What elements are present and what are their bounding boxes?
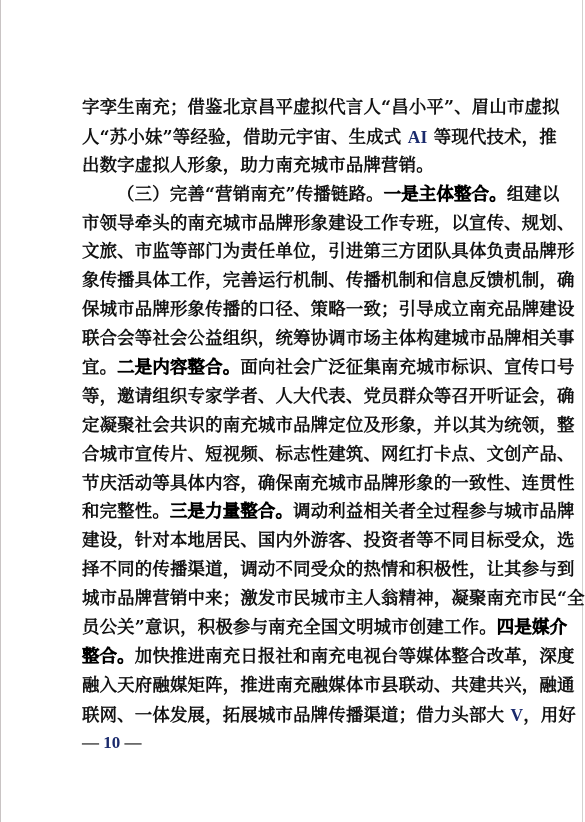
text-run: （三）完善“营销南充”传播链路。 xyxy=(117,185,384,205)
text-line: 象传播具体工作，完善运行机制、传播机制和信息反馈机制，确 xyxy=(82,267,504,296)
page-number-prefix: — xyxy=(82,733,103,752)
text-line: （三）完善“营销南充”传播链路。一是主体整合。组建以 xyxy=(82,181,504,210)
text-run: 加快推进南充日报社和南充电视台等媒体整合改革，深度 xyxy=(135,647,575,667)
text-run: 节庆活动等具体内容，确保南充城市品牌形象的一致性、连贯性 xyxy=(82,474,575,494)
text-run: 融入天府融媒矩阵，推进南充融媒体市县联动、共建共兴，融通 xyxy=(82,676,575,696)
bold-heading-run: 一是主体整合。 xyxy=(384,185,507,205)
text-run: 调动利益相关者全过程参与城市品牌 xyxy=(293,502,574,522)
text-line: 择不同的传播渠道，调动不同受众的热情和积极性，让其参与到 xyxy=(82,556,504,585)
text-run: 字孪生南充；借鉴北京昌平虚拟代言人“昌小平”、眉山市虚拟 xyxy=(82,98,560,118)
text-line: 城市品牌营销中来；激发市民城市主人翁精神，凝聚南充市民“全 xyxy=(82,585,504,614)
text-line: 融入天府融媒矩阵，推进南充融媒体市县联动、共建共兴，融通 xyxy=(82,672,504,701)
bold-heading-run: 二是内容整合。 xyxy=(117,358,240,378)
text-line: 宜。二是内容整合。面向社会广泛征集南充城市标识、宣传口号 xyxy=(82,354,504,383)
text-line: 和完整性。三是力量整合。调动利益相关者全过程参与城市品牌 xyxy=(82,498,504,527)
text-run: 组建以 xyxy=(507,185,560,205)
text-run: 等，邀请组织专家学者、人大代表、党员群众等召开听证会，确 xyxy=(82,387,575,407)
text-run: 出数字虚拟人形象，助力南充城市品牌营销。 xyxy=(82,156,434,176)
document-page: 字孪生南充；借鉴北京昌平虚拟代言人“昌小平”、眉山市虚拟人“苏小妹”等经验，借助… xyxy=(0,0,583,822)
page-number-suffix: — xyxy=(120,733,141,752)
text-run: 宜。 xyxy=(82,358,117,378)
text-run: 员公关”意识，积极参与南充全国文明城市创建工作。 xyxy=(82,618,497,638)
text-line: 市领导牵头的南充城市品牌形象建设工作专班，以宣传、规划、 xyxy=(82,210,504,239)
text-run: V xyxy=(510,705,523,725)
text-line: 联网、一体发展，拓展城市品牌传播渠道；借力头部大 V，用好 xyxy=(82,701,504,730)
text-run: 城市品牌营销中来；激发市民城市主人翁精神，凝聚南充市民“全 xyxy=(82,589,585,609)
text-run: 择不同的传播渠道，调动不同受众的热情和积极性，让其参与到 xyxy=(82,560,575,580)
bold-heading-run: 三是力量整合。 xyxy=(170,502,293,522)
text-run: 定凝聚社会共识的南充城市品牌定位及形象，并以其为统领，整 xyxy=(82,416,575,436)
text-line: 等，邀请组织专家学者、人大代表、党员群众等召开听证会，确 xyxy=(82,383,504,412)
text-line: 字孪生南充；借鉴北京昌平虚拟代言人“昌小平”、眉山市虚拟 xyxy=(82,94,504,123)
text-run: 和完整性。 xyxy=(82,502,170,522)
text-run: ，用好 xyxy=(523,706,576,726)
text-line: 联合会等社会公益组织，统筹协调市场主体构建城市品牌相关事 xyxy=(82,325,504,354)
bold-heading-run: 四是媒介 xyxy=(497,618,567,638)
body-text: 字孪生南充；借鉴北京昌平虚拟代言人“昌小平”、眉山市虚拟人“苏小妹”等经验，借助… xyxy=(82,94,504,730)
page-number: — 10 — xyxy=(82,729,142,757)
text-line: 整合。加快推进南充日报社和南充电视台等媒体整合改革，深度 xyxy=(82,643,504,672)
text-run: 面向社会广泛征集南充城市标识、宣传口号 xyxy=(240,358,574,378)
text-line: 文旅、市监等部门为责任单位，引进第三方团队具体负责品牌形 xyxy=(82,238,504,267)
text-run: 文旅、市监等部门为责任单位，引进第三方团队具体负责品牌形 xyxy=(82,242,575,262)
text-run: 建设，针对本地居民、国内外游客、投资者等不同目标受众，选 xyxy=(82,531,575,551)
text-line: 员公关”意识，积极参与南充全国文明城市创建工作。四是媒介 xyxy=(82,614,504,643)
text-line: 节庆活动等具体内容，确保南充城市品牌形象的一致性、连贯性 xyxy=(82,470,504,499)
text-line: 出数字虚拟人形象，助力南充城市品牌营销。 xyxy=(82,152,504,181)
text-run: 等现代技术，推 xyxy=(427,128,556,148)
text-line: 保城市品牌形象传播的口径、策略一致；引导成立南充品牌建设 xyxy=(82,296,504,325)
text-run: 市领导牵头的南充城市品牌形象建设工作专班，以宣传、规划、 xyxy=(82,214,575,234)
text-run: 联网、一体发展，拓展城市品牌传播渠道；借力头部大 xyxy=(82,706,510,726)
text-line: 定凝聚社会共识的南充城市品牌定位及形象，并以其为统领，整 xyxy=(82,412,504,441)
text-run: AI xyxy=(408,127,428,147)
text-run: 象传播具体工作，完善运行机制、传播机制和信息反馈机制，确 xyxy=(82,271,575,291)
page-number-value: 10 xyxy=(103,733,120,752)
text-run: 保城市品牌形象传播的口径、策略一致；引导成立南充品牌建设 xyxy=(82,300,575,320)
text-line: 合城市宣传片、短视频、标志性建筑、网红打卡点、文创产品、 xyxy=(82,441,504,470)
text-line: 人“苏小妹”等经验，借助元宇宙、生成式 AI 等现代技术，推 xyxy=(82,123,504,152)
text-run: 联合会等社会公益组织，统筹协调市场主体构建城市品牌相关事 xyxy=(82,329,575,349)
text-run: 人“苏小妹”等经验，借助元宇宙、生成式 xyxy=(82,128,408,148)
bold-heading-run: 整合。 xyxy=(82,647,135,667)
text-run: 合城市宣传片、短视频、标志性建筑、网红打卡点、文创产品、 xyxy=(82,445,575,465)
text-line: 建设，针对本地居民、国内外游客、投资者等不同目标受众，选 xyxy=(82,527,504,556)
